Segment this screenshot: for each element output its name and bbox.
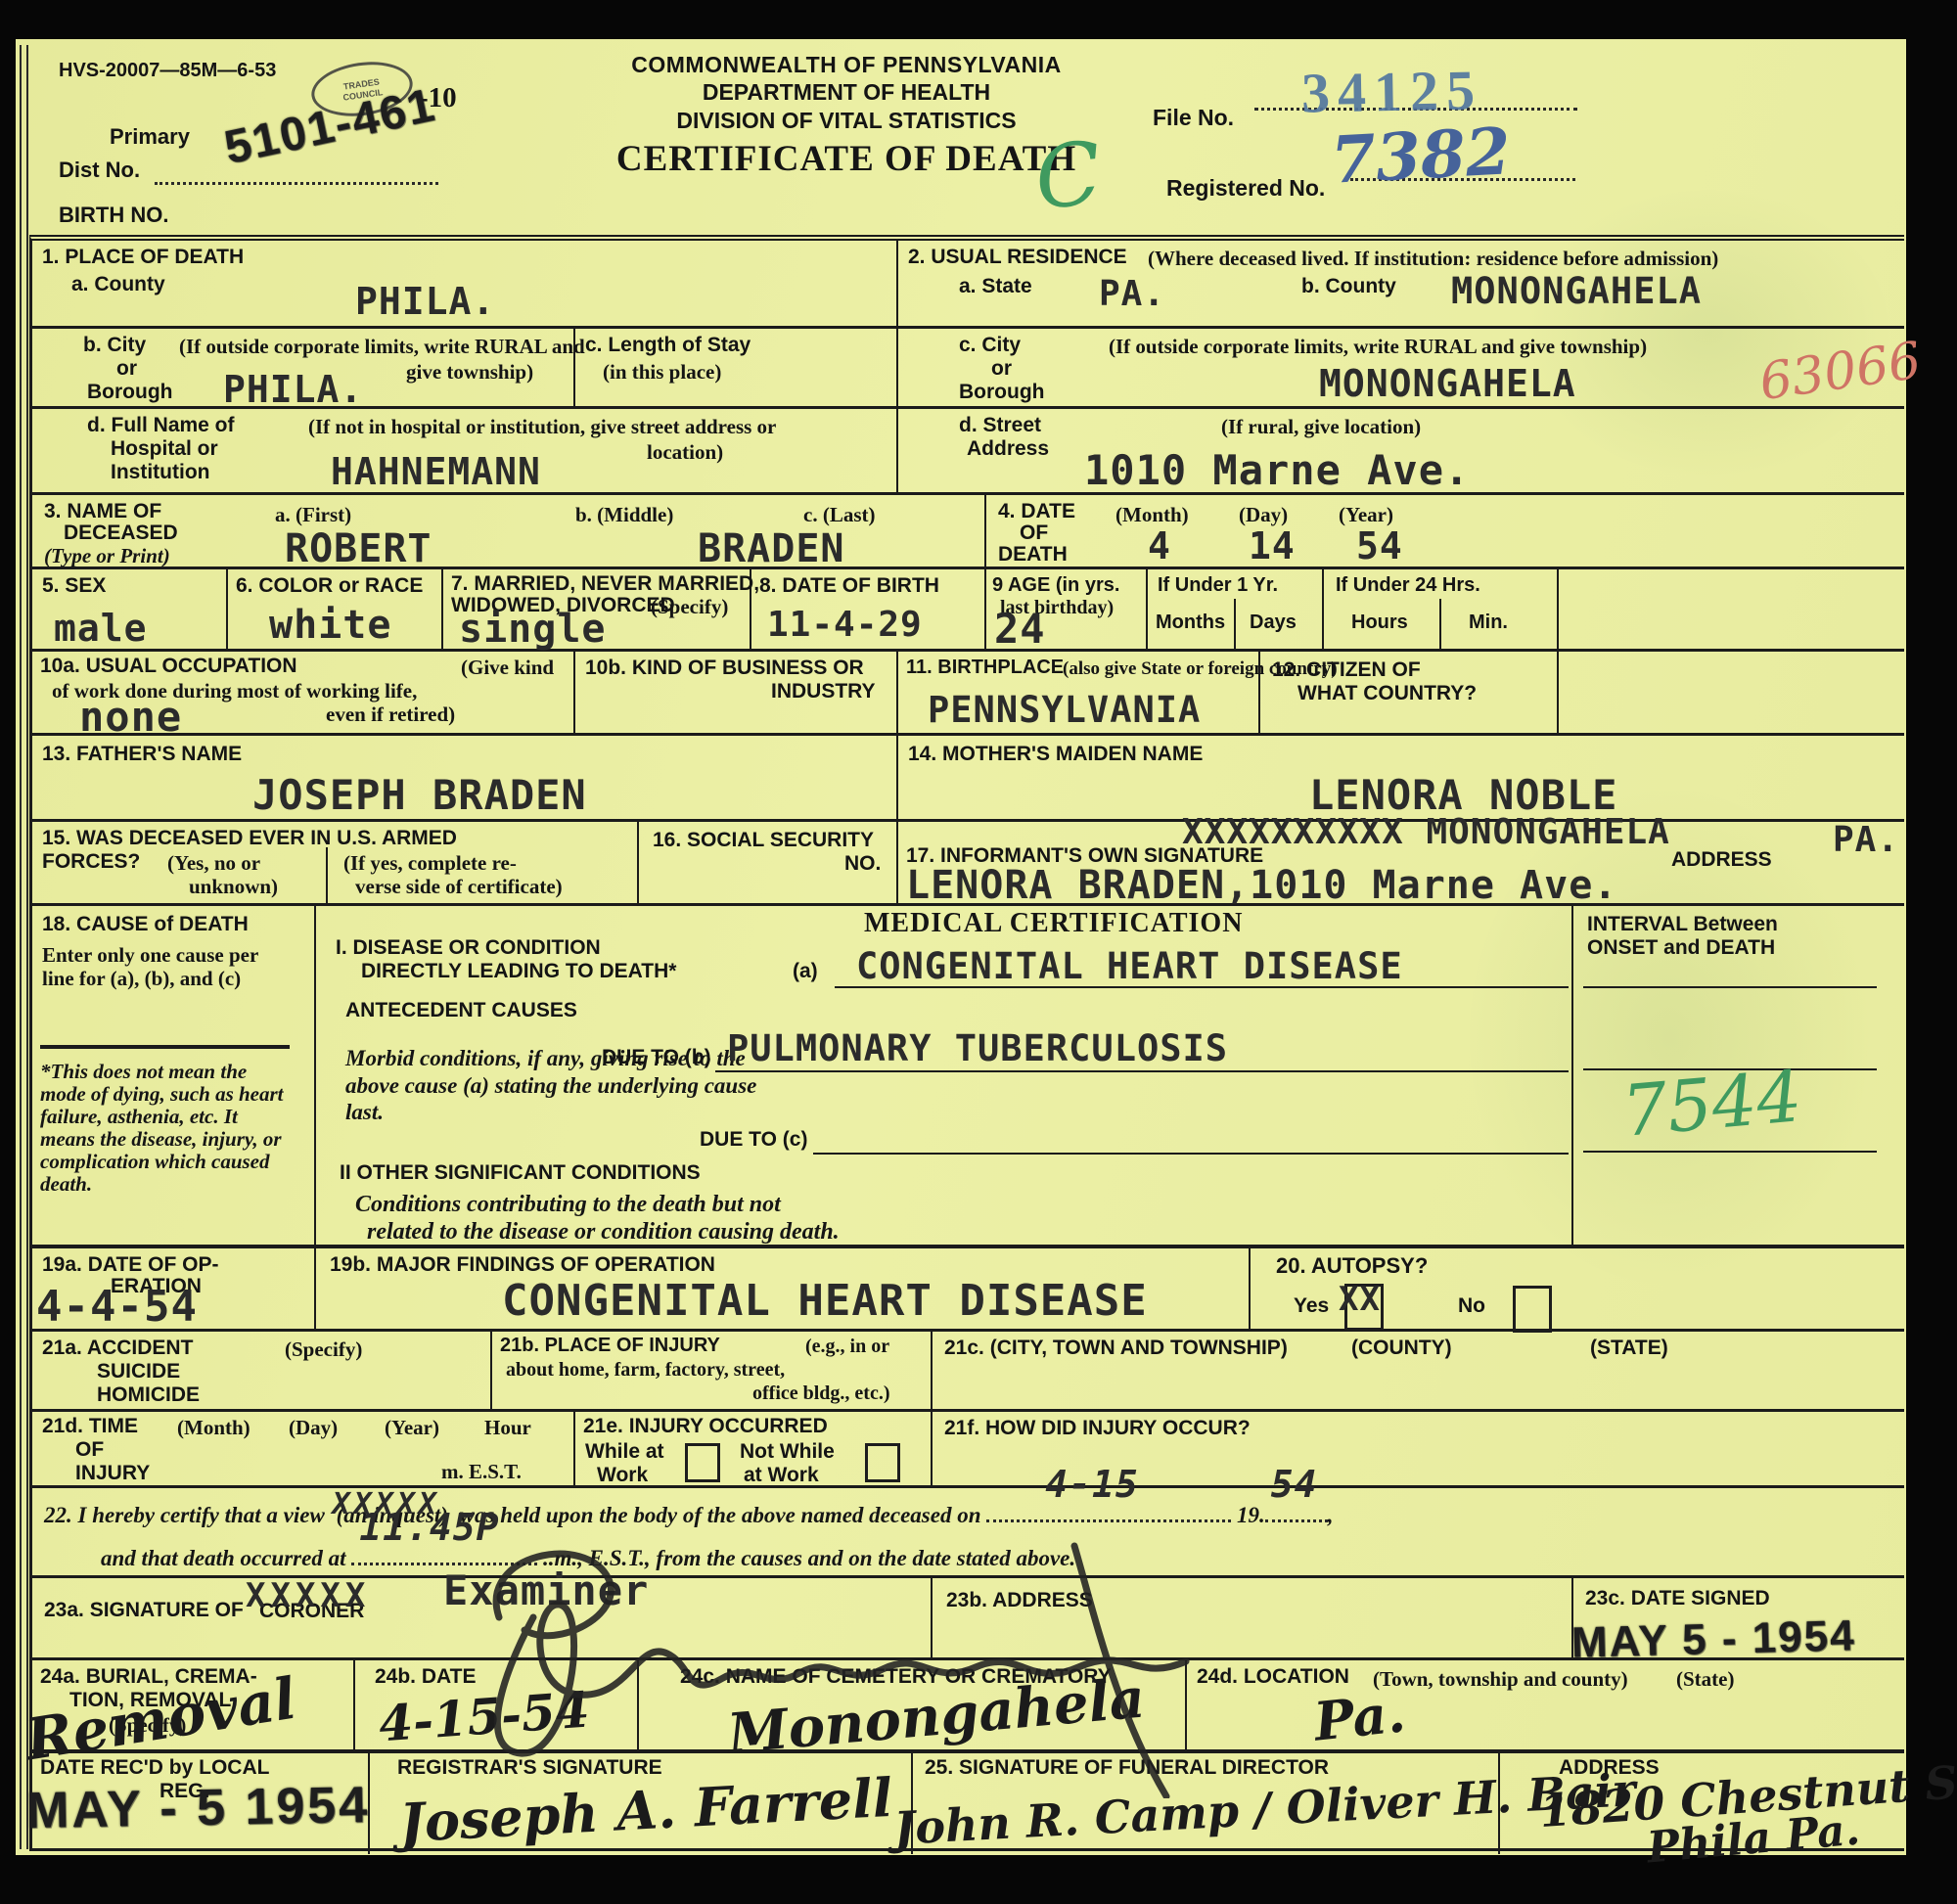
residence-city-note: (If outside corporate limits, write RURA…	[1109, 335, 1647, 358]
name-of-deceased-cell: 3. NAME OF DECEASED (Type or Print) a. (…	[32, 495, 986, 567]
department-line: DEPARTMENT OF HEALTH	[563, 80, 1130, 104]
operation-date-cell: 19a. DATE OF OP- ERATION 4-4-54	[32, 1248, 316, 1329]
father-cell: 13. FATHER'S NAME JOSEPH BRADEN	[32, 736, 898, 819]
operation-findings-label: 19b. MAJOR FINDINGS OF OPERATION	[330, 1254, 715, 1276]
row-time-of-injury: 21d. TIME OF INJURY (Month) (Day) (Year)…	[32, 1412, 1904, 1488]
accident-label3: HOMICIDE	[97, 1384, 200, 1406]
other-conditions-note2: related to the disease or condition caus…	[367, 1219, 840, 1246]
industry-label2: INDUSTRY	[771, 681, 876, 703]
primary-label: Primary	[110, 125, 190, 148]
certify-text-2: was held upon the body of the above name…	[460, 1503, 981, 1527]
certify-comma: ,	[1328, 1503, 1334, 1527]
occupation-note3: even if retired)	[326, 703, 455, 726]
morbid-note: Morbid conditions, if any, giving rise t…	[345, 1045, 776, 1126]
location-note: (Town, township and county)	[1373, 1667, 1628, 1691]
certify-time-value: 11.45P	[359, 1506, 499, 1549]
disease-label: I. DISEASE OR CONDITION	[336, 937, 601, 959]
row-registrar: DATE REC'D by LOCAL REG. MAY - 5 1954 RE…	[32, 1753, 1904, 1854]
hours-label: Hours	[1351, 612, 1408, 633]
usual-residence-cell: 2. USUAL RESIDENCE (Where deceased lived…	[898, 241, 1904, 326]
cause-note2: *This does not mean the mode of dying, s…	[40, 1061, 296, 1197]
hospital-label3: Institution	[111, 462, 209, 483]
coroner-signature-cell: 23a. SIGNATURE OF CORONERXXXXX Examiner	[32, 1578, 933, 1657]
mother-label: 14. MOTHER'S MAIDEN NAME	[908, 744, 1203, 765]
month-value: 4	[1148, 524, 1171, 567]
street-label: d. Street	[959, 415, 1041, 436]
registrar-signature: Joseph A. Farrell	[398, 1766, 894, 1854]
coroner-label: 23a. SIGNATURE OF	[44, 1600, 244, 1621]
row-name-date: 3. NAME OF DECEASED (Type or Print) a. (…	[32, 495, 1904, 569]
date-of-death-label3: DEATH	[998, 544, 1068, 566]
length-of-stay-cell: c. Length of Stay (in this place)	[575, 329, 898, 406]
citizen-label: 12. CITIZEN OF	[1272, 659, 1421, 681]
hospital-note2: location)	[647, 440, 723, 464]
medical-certification-cell: MEDICAL CERTIFICATION I. DISEASE OR COND…	[316, 906, 1573, 1245]
residence-county-value: MONONGAHELA	[1451, 270, 1702, 312]
citizen-label2: WHAT COUNTRY?	[1297, 683, 1477, 704]
place-of-injury-note3: office bldg., etc.)	[752, 1383, 890, 1405]
street-note: (If rural, give location)	[1221, 415, 1421, 438]
date-of-death-cell: 4. DATE OF DEATH (Month) 4 (Day) 14 (Yea…	[986, 495, 1904, 567]
red-file-number: 63066	[1756, 332, 1925, 412]
injury-est-label: m. E.S.T.	[441, 1461, 522, 1482]
death-city-cell: b. City or Borough (If outside corporate…	[32, 329, 575, 406]
informant-state: PA.	[1833, 820, 1899, 860]
operation-findings-value: CONGENITAL HEART DISEASE	[502, 1276, 1148, 1326]
time-of-injury-label3: INJURY	[75, 1463, 150, 1484]
due-to-c-label: DUE TO (c)	[700, 1129, 807, 1151]
antecedent-label: ANTECEDENT CAUSES	[345, 1000, 577, 1021]
certify-year-line: 54	[1265, 1496, 1328, 1522]
form-grid: 1. PLACE OF DEATH a. County PHILA. 2. US…	[29, 235, 1904, 1851]
injury-city-cell: 21c. (CITY, TOWN AND TOWNSHIP) (COUNTY) …	[933, 1332, 1904, 1409]
cause-of-death-cell: 18. CAUSE of DEATH Enter only one cause …	[32, 906, 316, 1245]
ssn-label: 16. SOCIAL SECURITY	[653, 830, 874, 851]
hospital-value: HAHNEMANN	[331, 450, 541, 493]
cause-c-line	[813, 1125, 1569, 1155]
under-1yr-label: If Under 1 Yr.	[1158, 575, 1278, 596]
name-label2: DECEASED	[64, 522, 178, 544]
last-name-value: BRADEN	[698, 526, 845, 571]
birthplace-value: PENNSYLVANIA	[928, 689, 1201, 731]
date-of-death-label2: OF	[1020, 522, 1048, 544]
usual-residence-label: 2. USUAL RESIDENCE	[908, 247, 1127, 268]
ssn-cell: 16. SOCIAL SECURITY NO.	[639, 822, 898, 903]
row-forces-informant: 15. WAS DECEASED EVER IN U.S. ARMED FORC…	[32, 822, 1904, 906]
injury-year-label: (Year)	[385, 1416, 439, 1439]
row-hospital-street: d. Full Name of Hospital or Institution …	[32, 409, 1904, 495]
coroner-address-label: 23b. ADDRESS	[946, 1590, 1093, 1611]
row-coroner: 23a. SIGNATURE OF CORONERXXXXX Examiner …	[32, 1578, 1904, 1660]
day-label: (Day)	[1239, 503, 1288, 526]
date-received-cell: DATE REC'D by LOCAL REG. MAY - 5 1954	[32, 1753, 370, 1854]
date-of-death-label: 4. DATE	[998, 501, 1075, 522]
row-parents: 13. FATHER'S NAME JOSEPH BRADEN 14. MOTH…	[32, 736, 1904, 822]
injury-county-label: (COUNTY)	[1351, 1337, 1452, 1359]
first-name-label: a. (First)	[275, 503, 351, 526]
burial-date-value: 4-15-54	[377, 1681, 591, 1753]
usual-residence-note: (Where deceased lived. If institution: r…	[1148, 247, 1891, 270]
date-of-birth-cell: 8. DATE OF BIRTH 11-4-29	[751, 569, 986, 649]
sex-value: male	[54, 607, 148, 650]
length-of-stay-label: c. Length of Stay	[585, 335, 751, 356]
row-medical-certification: 18. CAUSE of DEATH Enter only one cause …	[32, 906, 1904, 1248]
residence-county-label: b. County	[1301, 276, 1396, 297]
coroner-word-struck: CORONERXXXXX	[259, 1600, 364, 1623]
informant-address-label: ADDRESS	[1671, 849, 1772, 871]
birth-no-label: BIRTH NO.	[59, 204, 168, 226]
street-value: 1010 Marne Ave.	[1084, 446, 1470, 494]
under-1yr-divider	[1234, 599, 1236, 649]
empty-cell	[1559, 652, 1904, 733]
row-operation-autopsy: 19a. DATE OF OP- ERATION 4-4-54 19b. MAJ…	[32, 1248, 1904, 1332]
burial-cell: 24a. BURIAL, CREMA- TION, REMOVAL (Speci…	[32, 1660, 355, 1749]
header: HVS-20007—85M—6-53 TRADES COUNCIL -10 51…	[29, 39, 1906, 235]
dist-no-line	[155, 159, 438, 185]
name-label3: (Type or Print)	[44, 544, 170, 568]
occupation-cell: 10a. USUAL OCCUPATION (Give kind of work…	[32, 652, 575, 733]
location-note2: (State)	[1676, 1667, 1734, 1691]
row-certify: 22. I hereby certify that a view (an inq…	[32, 1488, 1904, 1578]
form-code: HVS-20007—85M—6-53	[59, 61, 276, 81]
residence-city-value: MONONGAHELA	[1319, 362, 1576, 405]
not-while-label: Not While	[740, 1441, 835, 1463]
armed-forces-label2: FORCES?	[42, 851, 140, 873]
how-injury-label: 21f. HOW DID INJURY OCCUR?	[944, 1418, 1251, 1439]
day-value: 14	[1249, 524, 1296, 567]
min-label: Min.	[1469, 612, 1508, 633]
hospital-note: (If not in hospital or institution, give…	[308, 415, 776, 438]
occupation-label: 10a. USUAL OCCUPATION	[40, 656, 297, 677]
empty-cell	[1559, 569, 1904, 649]
certify-year-prefix: 19.	[1237, 1503, 1265, 1527]
cause-b-value: PULMONARY TUBERCULOSIS	[727, 1027, 1228, 1069]
year-label: (Year)	[1339, 503, 1393, 526]
hospital-label2: Hospital or	[111, 438, 218, 460]
birthplace-cell: 11. BIRTHPLACE (also give State or forei…	[898, 652, 1260, 733]
months-label: Months	[1156, 612, 1225, 633]
informant-strike: XXXXXXXXXX MONONGAHELA	[1182, 812, 1670, 852]
autopsy-label: 20. AUTOPSY?	[1276, 1254, 1428, 1277]
interval-label: INTERVAL Between	[1587, 914, 1778, 935]
certify-text-1: 22. I hereby certify that a view	[44, 1503, 325, 1527]
cemetery-cell: 24c. NAME OF CEMETERY OR CREMATORY Monon…	[639, 1660, 1187, 1749]
date-signed-cell: 23c. DATE SIGNED MAY 5 - 1954	[1573, 1578, 1904, 1657]
cemetery-location-cell: 24d. LOCATION (Town, township and county…	[1187, 1660, 1904, 1749]
autopsy-yes-mark: XX	[1339, 1280, 1381, 1319]
autopsy-yes-label: Yes	[1294, 1295, 1329, 1317]
first-name-value: ROBERT	[285, 526, 432, 571]
street-address-cell: d. Street Address (If rural, give locati…	[898, 409, 1904, 492]
commonwealth-line: COMMONWEALTH OF PENNSYLVANIA	[563, 53, 1130, 76]
time-of-injury-label: 21d. TIME	[42, 1416, 138, 1437]
days-label: Days	[1250, 612, 1297, 633]
row-accident: 21a. ACCIDENT SUICIDE HOMICIDE (Specify)…	[32, 1332, 1904, 1412]
dob-value: 11-4-29	[767, 605, 923, 645]
year-value: 54	[1356, 524, 1403, 567]
informant-value: LENORA BRADEN,1010 Marne Ave.	[906, 863, 1617, 908]
autopsy-no-label: No	[1458, 1295, 1485, 1317]
row-burial: 24a. BURIAL, CREMA- TION, REMOVAL (Speci…	[32, 1660, 1904, 1753]
ssn-label2: NO.	[844, 853, 881, 875]
coroner-address-cell: 23b. ADDRESS	[933, 1578, 1573, 1657]
father-label: 13. FATHER'S NAME	[42, 744, 242, 765]
interval-cell: INTERVAL Between ONSET and DEATH 7544	[1573, 906, 1904, 1245]
dob-label: 8. DATE OF BIRTH	[759, 575, 939, 597]
place-of-death-cell: 1. PLACE OF DEATH a. County PHILA.	[32, 241, 898, 326]
cause-of-death-label: 18. CAUSE of DEATH	[42, 914, 249, 935]
hospital-label: d. Full Name of	[87, 415, 235, 436]
not-while-checkbox	[865, 1443, 900, 1482]
sex-label: 5. SEX	[42, 575, 106, 597]
under-24hrs-divider	[1439, 599, 1441, 649]
green-check-mark: C	[1030, 122, 1107, 229]
certificate-paper: HVS-20007—85M—6-53 TRADES COUNCIL -10 51…	[16, 39, 1906, 1855]
injury-occurred-label: 21e. INJURY OCCURRED	[583, 1416, 828, 1437]
marital-label: 7. MARRIED, NEVER MARRIED,	[451, 573, 759, 595]
cause-note1: Enter only one cause per line for (a), (…	[42, 943, 292, 990]
cause-a-value: CONGENITAL HEART DISEASE	[856, 945, 1403, 987]
interval-label2: ONSET and DEATH	[1587, 937, 1775, 959]
funeral-director-label: 25. SIGNATURE OF FUNERAL DIRECTOR	[925, 1757, 1329, 1779]
sex-cell: 5. SEX male	[32, 569, 228, 649]
certify-cell: 22. I hereby certify that a view (an inq…	[32, 1488, 1904, 1575]
death-city-note: (If outside corporate limits, write RURA…	[179, 335, 585, 358]
registrar-label: REGISTRAR'S SIGNATURE	[397, 1757, 662, 1779]
while-at-work-label: While at	[585, 1441, 664, 1463]
armed-forces-note3: (If yes, complete re-	[343, 851, 517, 875]
citizen-cell: 12. CITIZEN OF WHAT COUNTRY?	[1260, 652, 1559, 733]
death-city-value: PHILA.	[223, 368, 363, 411]
marital-value: single	[459, 607, 607, 652]
cause-a-label: (a)	[793, 961, 818, 982]
industry-cell: 10b. KIND OF BUSINESS OR INDUSTRY	[575, 652, 898, 733]
while-at-work-checkbox	[685, 1443, 720, 1482]
death-city-label-or: or	[116, 358, 137, 380]
length-of-stay-note: (in this place)	[603, 360, 721, 384]
armed-forces-note1: (Yes, no or	[167, 851, 260, 875]
dist-no-label: Dist No.	[59, 159, 140, 181]
injury-occurred-cell: 21e. INJURY OCCURRED While at Work Not W…	[575, 1412, 933, 1485]
interval-line-a	[1583, 986, 1877, 988]
cause-divider	[40, 1045, 290, 1049]
examiner-typed: Examiner	[443, 1566, 649, 1614]
state-label: a. State	[959, 276, 1032, 297]
accident-label: 21a. ACCIDENT	[42, 1337, 193, 1359]
armed-forces-label: 15. WAS DECEASED EVER IN U.S. ARMED	[42, 828, 457, 849]
operation-findings-cell: 19b. MAJOR FINDINGS OF OPERATION CONGENI…	[316, 1248, 1251, 1329]
birthplace-label: 11. BIRTHPLACE	[906, 657, 1064, 678]
death-city-label: b. City	[83, 335, 146, 356]
under-24hrs-cell: If Under 24 Hrs. Hours Min.	[1324, 569, 1559, 649]
operation-date-value: 4-4-54	[36, 1282, 198, 1332]
funeral-address-label: ADDRESS	[1559, 1757, 1660, 1779]
injury-city-label: 21c. (CITY, TOWN AND TOWNSHIP)	[944, 1337, 1288, 1359]
funeral-address-cell: ADDRESS 1820 Chestnut St. Phila Pa.	[1500, 1753, 1904, 1854]
residence-city-or: or	[991, 358, 1012, 380]
autopsy-no-checkbox	[1513, 1286, 1552, 1333]
accident-label2: SUICIDE	[97, 1361, 180, 1383]
race-value: white	[269, 603, 391, 648]
time-of-injury-cell: 21d. TIME OF INJURY (Month) (Day) (Year)…	[32, 1412, 575, 1485]
occupation-note: (Give kind	[461, 656, 554, 679]
industry-label: 10b. KIND OF BUSINESS OR	[585, 657, 864, 679]
date-signed-label: 23c. DATE SIGNED	[1585, 1588, 1770, 1609]
armed-forces-note4: verse side of certificate)	[355, 875, 563, 898]
row-place-residence: 1. PLACE OF DEATH a. County PHILA. 2. US…	[32, 241, 1904, 329]
certify-year-value: 54	[1271, 1463, 1318, 1506]
certify-text-3: and that death occurred at	[101, 1546, 345, 1570]
place-of-injury-cell: 21b. PLACE OF INJURY (e.g., in or about …	[492, 1332, 933, 1409]
date-received-stamp: MAY - 5 1954	[26, 1776, 371, 1840]
county-label: a. County	[71, 274, 165, 295]
certify-time-line: 11.45P	[351, 1539, 537, 1565]
injury-month-label: (Month)	[177, 1416, 250, 1439]
burial-date-cell: 24b. DATE 4-15-54	[355, 1660, 639, 1749]
burial-date-label: 24b. DATE	[375, 1666, 476, 1688]
father-value: JOSEPH BRADEN	[252, 771, 587, 819]
hospital-cell: d. Full Name of Hospital or Institution …	[32, 409, 898, 492]
race-cell: 6. COLOR or RACE white	[228, 569, 443, 649]
registered-no-label: Registered No.	[1166, 176, 1325, 200]
age-cell: 9 AGE (in yrs. last birthday) 24	[986, 569, 1148, 649]
disease-label2: DIRECTLY LEADING TO DEATH*	[361, 961, 676, 982]
age-value: 24	[994, 605, 1046, 653]
medical-certification-title: MEDICAL CERTIFICATION	[864, 908, 1243, 939]
place-of-injury-note: (e.g., in or	[805, 1336, 889, 1358]
other-conditions-note: Conditions contributing to the death but…	[355, 1192, 781, 1218]
while-at-work-label2: Work	[597, 1465, 648, 1486]
due-to-b-label: DUE TO (b)	[602, 1047, 711, 1068]
interval-value: 7544	[1619, 1055, 1805, 1153]
left-margin-rules	[20, 45, 28, 1849]
mother-cell: 14. MOTHER'S MAIDEN NAME LENORA NOBLE	[898, 736, 1904, 819]
middle-name-label: b. (Middle)	[575, 503, 673, 526]
age-label: 9 AGE (in yrs.	[992, 575, 1119, 596]
registrar-cell: REGISTRAR'S SIGNATURE Joseph A. Farrell	[370, 1753, 913, 1854]
registered-no-value: 7382	[1329, 113, 1513, 199]
accident-cell: 21a. ACCIDENT SUICIDE HOMICIDE (Specify)	[32, 1332, 492, 1409]
month-label: (Month)	[1115, 503, 1189, 526]
certify-date-value: 4-15	[1045, 1463, 1139, 1506]
autopsy-cell: 20. AUTOPSY? Yes XX No	[1251, 1248, 1904, 1329]
armed-forces-cell: 15. WAS DECEASED EVER IN U.S. ARMED FORC…	[32, 822, 639, 903]
race-label: 6. COLOR or RACE	[236, 575, 423, 597]
time-of-injury-label2: OF	[75, 1439, 104, 1461]
occupation-value: none	[79, 693, 182, 741]
death-city-note2: give township)	[406, 360, 533, 384]
name-label: 3. NAME OF	[44, 501, 161, 522]
file-no-label: File No.	[1153, 106, 1234, 129]
accident-specify: (Specify)	[285, 1337, 362, 1361]
row-sex-race-age: 5. SEX male 6. COLOR or RACE white 7. MA…	[32, 569, 1904, 652]
place-of-injury-label: 21b. PLACE OF INJURY	[500, 1336, 720, 1356]
residence-city-borough: Borough	[959, 382, 1044, 403]
not-while-label2: at Work	[744, 1465, 819, 1486]
marital-status-cell: 7. MARRIED, NEVER MARRIED, WIDOWED, DIVO…	[443, 569, 751, 649]
marital-label3: (Specify)	[651, 595, 728, 618]
injury-state-label: (STATE)	[1590, 1337, 1668, 1359]
street-label2: Address	[967, 438, 1049, 460]
under-1yr-cell: If Under 1 Yr. Months Days	[1148, 569, 1324, 649]
row-city-borough: b. City or Borough (If outside corporate…	[32, 329, 1904, 409]
place-of-injury-note2: about home, farm, factory, street,	[506, 1359, 785, 1382]
armed-forces-divider	[326, 847, 328, 903]
under-24hrs-label: If Under 24 Hrs.	[1336, 575, 1480, 596]
residence-city-label: c. City	[959, 335, 1021, 356]
funeral-director-cell: 25. SIGNATURE OF FUNERAL DIRECTOR John R…	[913, 1753, 1500, 1854]
place-of-death-label: 1. PLACE OF DEATH	[42, 247, 244, 268]
injury-hour-label: Hour	[484, 1416, 531, 1439]
row-occupation-birthplace: 10a. USUAL OCCUPATION (Give kind of work…	[32, 652, 1904, 736]
operation-date-label: 19a. DATE OF OP-	[42, 1254, 218, 1276]
location-label: 24d. LOCATION	[1197, 1666, 1349, 1688]
death-city-label-borough: Borough	[87, 382, 172, 403]
state-value: PA.	[1099, 274, 1165, 314]
county-value: PHILA.	[355, 280, 495, 323]
other-conditions-label: II OTHER SIGNIFICANT CONDITIONS	[340, 1162, 701, 1184]
location-value: Pa.	[1311, 1681, 1408, 1752]
armed-forces-note2: unknown)	[189, 875, 278, 898]
date-received-label: DATE REC'D by LOCAL	[40, 1757, 269, 1779]
coroner-strike-x: XXXXX	[246, 1576, 370, 1615]
informant-cell: 17. INFORMANT'S OWN SIGNATURE XXXXXXXXXX…	[898, 822, 1904, 903]
certify-date-line: 4-15	[986, 1496, 1231, 1522]
residence-city-cell: c. City or Borough (If outside corporate…	[898, 329, 1904, 406]
last-name-label: c. (Last)	[803, 503, 875, 526]
injury-day-label: (Day)	[289, 1416, 338, 1439]
